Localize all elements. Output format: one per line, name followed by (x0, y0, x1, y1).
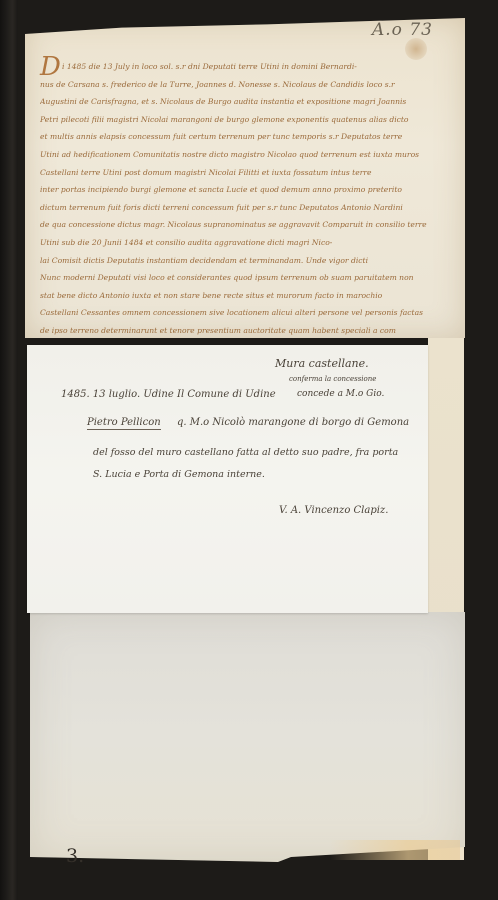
note-line1: Il Comune di Udine (177, 389, 276, 400)
note-insert: conferma la concessione (289, 375, 376, 383)
manuscript-line: Augustini de Carisfragna, et s. Nicolaus… (40, 93, 448, 111)
note-date: 1485. 13 luglio. Udine (61, 389, 174, 400)
manuscript-line: stat bene dicto Antonio iuxta et non sta… (40, 287, 448, 305)
manuscript-line: Utini ad hedificationem Comunitatis nost… (40, 146, 448, 164)
manuscript-line: nus de Carsana s. frederico de la Turre,… (40, 76, 448, 94)
manuscript-line: de qua concessione dictus magr. Nicolaus… (40, 216, 448, 234)
note-line1-end: concede a M.o Gio. (297, 389, 384, 399)
note-line3: del fosso del muro castellano fatta al d… (93, 447, 398, 458)
manuscript-line: i 1485 die 13 July in loco sol. s.r dni … (40, 58, 448, 76)
manuscript-line: de ipso terreno determinarunt et tenore … (40, 322, 448, 340)
manuscript-line: Nunc moderni Deputati visi loco et consi… (40, 269, 448, 287)
latin-manuscript-text: i 1485 die 13 July in loco sol. s.r dni … (40, 58, 448, 357)
ink-stain (405, 38, 427, 60)
note-signature: V. A. Vincenzo Clapiz. (279, 505, 388, 516)
reference-number: A.o 73 (372, 20, 433, 40)
manuscript-line: et multis annis elapsis concessum fuit c… (40, 128, 448, 146)
binding-spine (0, 0, 18, 900)
manuscript-line: lai Comisit dictis Deputatis instantiam … (40, 252, 448, 270)
manuscript-line: Petri pilecoti filii magistri Nicolai ma… (40, 111, 448, 129)
manuscript-line: Castellani terre Utini post domum magist… (40, 164, 448, 182)
manuscript-line: Castellani Cessantes omnem concessionem … (40, 304, 448, 322)
note-heading: Mura castellane. (275, 357, 369, 370)
manuscript-line: dictum terrenum fuit foris dicti terreni… (40, 199, 448, 217)
note-name: Pietro Pellicon (87, 417, 161, 430)
fold-stain (330, 840, 460, 860)
manuscript-line: inter portas incipiendo burgi glemone et… (40, 181, 448, 199)
archival-note-slip: Mura castellane. conferma la concessione… (27, 345, 428, 613)
note-line4: S. Lucia e Porta di Gemona interne. (93, 469, 265, 480)
manuscript-line: Utini sub die 20 Junii 1484 et consilio … (40, 234, 448, 252)
page-number: 3. (66, 845, 84, 867)
manuscript-sheet-bottom (30, 612, 465, 862)
note-line2: q. M.o Nicolò marangone di borgo di Gemo… (177, 417, 409, 428)
